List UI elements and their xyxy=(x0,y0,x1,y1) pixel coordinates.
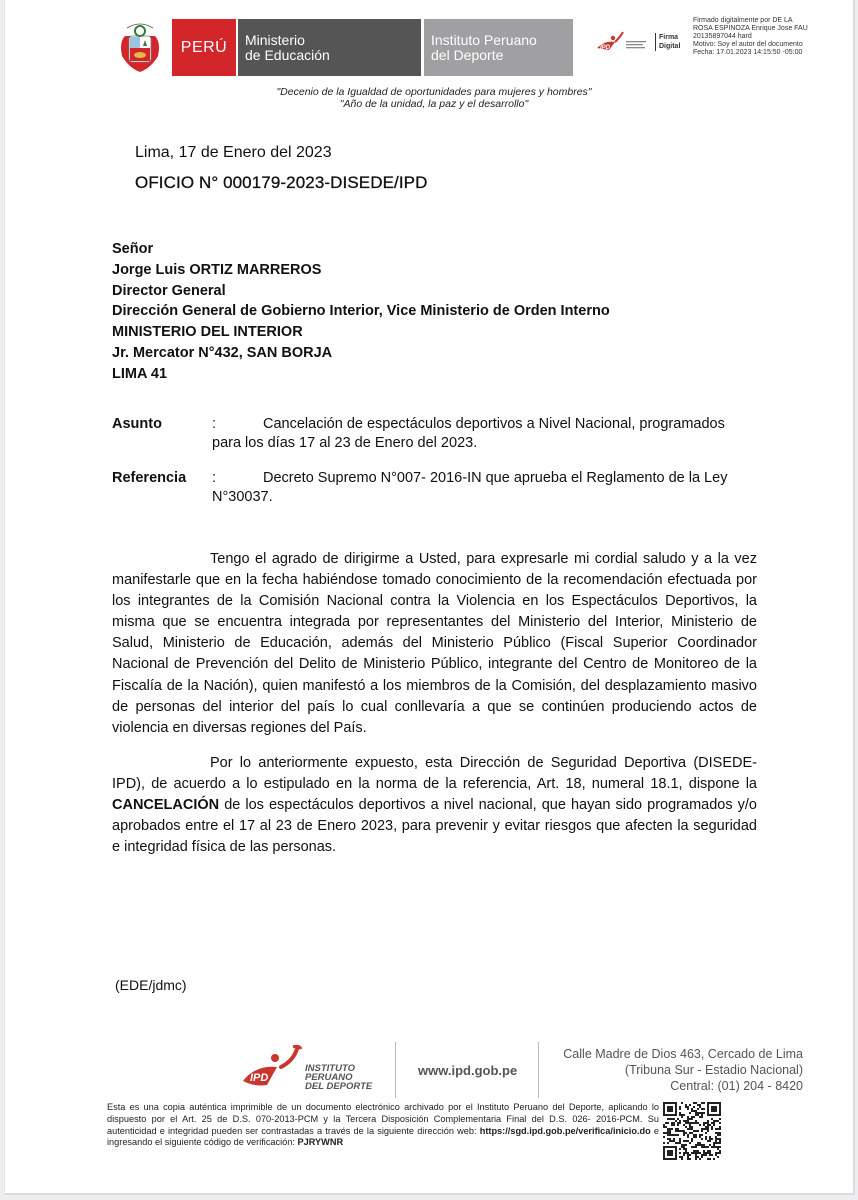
digital-signature-info: Firmado digitalmente por DE LA ROSA ESPI… xyxy=(693,17,833,57)
referencia-row: Referencia : Decreto Supremo N°007- 2016… xyxy=(112,469,757,509)
institute-line1: Instituto Peruano xyxy=(431,33,573,48)
addressee-line: Dirección General de Gobierno Interior, … xyxy=(112,301,610,322)
asunto-text: Cancelación de espectáculos deportivos a… xyxy=(212,415,757,453)
document-page: PERÚ Ministerio de Educación Instituto P… xyxy=(4,0,855,1195)
referencia-text: Decreto Supremo N°007- 2016-IN que aprue… xyxy=(212,469,757,507)
ministry-line2: de Educación xyxy=(245,48,421,63)
firma-label-line2: Digital xyxy=(659,42,680,51)
ipd-logo-text: INSTITUTO PERUANO DEL DEPORTE xyxy=(305,1064,372,1091)
addressee-line: LIMA 41 xyxy=(112,364,610,385)
peru-coat-of-arms-icon xyxy=(117,22,163,74)
authenticity-disclaimer: Esta es una copia auténtica imprimible d… xyxy=(107,1102,659,1149)
cancelacion-emphasis: CANCELACIÓN xyxy=(112,797,219,813)
institute-address: Calle Madre de Dios 463, Cercado de Lima… xyxy=(535,1046,803,1094)
svg-text:IPD: IPD xyxy=(600,45,611,51)
ministry-line1: Ministerio xyxy=(245,33,421,48)
ministry-brand-block: Ministerio de Educación xyxy=(238,19,421,76)
firma-digital-label: Firma Digital xyxy=(655,33,680,51)
body-paragraph-2: Por lo anteriormente expuesto, esta Dire… xyxy=(112,753,757,858)
motto-line1: "Decenio de la Igualdad de oportunidades… xyxy=(5,86,858,98)
signature-line: Motivo: Soy el autor del documento xyxy=(693,41,833,49)
footer-divider xyxy=(395,1042,396,1098)
addressee-line: MINISTERIO DEL INTERIOR xyxy=(112,322,610,343)
signature-line: Firmado digitalmente por DE LA xyxy=(693,17,833,25)
addressee-line: Director General xyxy=(112,281,610,302)
institute-brand-block: Instituto Peruano del Deporte xyxy=(424,19,573,76)
firma-label-line1: Firma xyxy=(659,33,680,42)
institute-line2: del Deporte xyxy=(431,48,573,63)
verification-code: PJRYWNR xyxy=(298,1137,344,1147)
signature-line: ROSA ESPINOZA Enrique Jose FAU xyxy=(693,25,833,33)
ipd-line3: DEL DEPORTE xyxy=(305,1082,372,1091)
address-line1: Calle Madre de Dios 463, Cercado de Lima xyxy=(535,1046,803,1062)
verify-url[interactable]: https://sgd.ipd.gob.pe/verifica/inicio.d… xyxy=(480,1126,651,1136)
letter-date: Lima, 17 de Enero del 2023 xyxy=(135,144,332,162)
address-line2: (Tribuna Sur - Estadio Nacional) xyxy=(535,1062,803,1078)
addressee-line: Jr. Mercator N°432, SAN BORJA xyxy=(112,343,610,364)
signature-line: 20135897044 hard xyxy=(693,33,833,41)
ipd-logo-icon: IPD xyxy=(241,1045,303,1093)
addressee-block: Señor Jorge Luis ORTIZ MARREROS Director… xyxy=(112,239,610,385)
referencia-label: Referencia xyxy=(112,469,186,488)
address-line3: Central: (01) 204 - 8420 xyxy=(535,1078,803,1094)
peru-label: PERÚ xyxy=(181,39,227,57)
official-motto: "Decenio de la Igualdad de oportunidades… xyxy=(5,86,858,110)
initials: (EDE/jdmc) xyxy=(115,977,187,993)
qr-code-icon xyxy=(663,1102,721,1160)
addressee-line: Jorge Luis ORTIZ MARREROS xyxy=(112,260,610,281)
oficio-number: OFICIO N° 000179-2023-DISEDE/IPD xyxy=(135,173,428,193)
motto-line2: "Año de la unidad, la paz y el desarroll… xyxy=(5,98,858,110)
signature-line: Fecha: 17.01.2023 14:15:50 -05:00 xyxy=(693,49,833,57)
body-paragraph-1: Tengo el agrado de dirigirme a Usted, pa… xyxy=(112,549,757,739)
addressee-line: Señor xyxy=(112,239,610,260)
website-link[interactable]: www.ipd.gob.pe xyxy=(418,1063,517,1078)
paragraph2-before: Por lo anteriormente expuesto, esta Dire… xyxy=(112,755,757,792)
asunto-row: Asunto : Cancelación de espectáculos dep… xyxy=(112,415,757,455)
peru-brand-block: PERÚ xyxy=(172,19,236,76)
asunto-label: Asunto xyxy=(112,415,162,434)
svg-text:IPD: IPD xyxy=(250,1072,268,1084)
